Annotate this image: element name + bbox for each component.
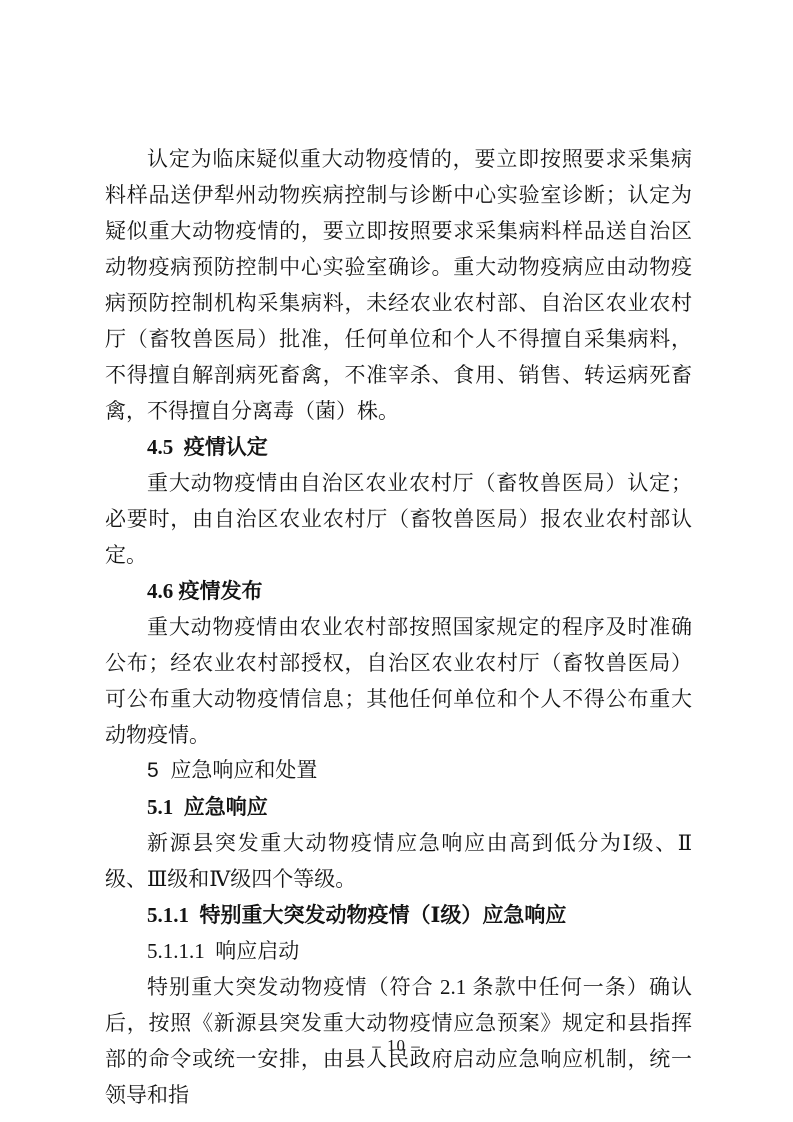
paragraph-epidemic-determination: 重大动物疫情由自治区农业农村厅（畜牧兽医局）认定；必要时，由自治区农业农村厅（畜… [105, 465, 692, 573]
heading-4-6-epidemic-publication: 4.6 疫情发布 [105, 573, 692, 609]
heading-4-5-epidemic-determination: 4.5 疫情认定 [105, 429, 692, 465]
heading-5-1-1-1-response-start: 5.1.1.1 响应启动 [105, 933, 692, 969]
document-body: 认定为临床疑似重大动物疫情的，要立即按照要求采集病料样品送伊犁州动物疾病控制与诊… [105, 141, 692, 1113]
page-number: – 10 – [0, 1036, 793, 1056]
paragraph-response-levels: 新源县突发重大动物疫情应急响应由高到低分为Ⅰ级、Ⅱ级、Ⅲ级和Ⅳ级四个等级。 [105, 825, 692, 897]
heading-5-emergency-response: 5 应急响应和处置 [105, 753, 692, 789]
paragraph-epidemic-sampling: 认定为临床疑似重大动物疫情的，要立即按照要求采集病料样品送伊犁州动物疾病控制与诊… [105, 141, 692, 429]
heading-5-1-response: 5.1 应急响应 [105, 789, 692, 825]
paragraph-epidemic-publication: 重大动物疫情由农业农村部按照国家规定的程序及时准确公布；经农业农村部授权，自治区… [105, 609, 692, 753]
heading-5-1-1-level1-response: 5.1.1 特别重大突发动物疫情（Ⅰ级）应急响应 [105, 897, 692, 933]
document-page: 认定为临床疑似重大动物疫情的，要立即按照要求采集病料样品送伊犁州动物疾病控制与诊… [0, 0, 793, 1122]
